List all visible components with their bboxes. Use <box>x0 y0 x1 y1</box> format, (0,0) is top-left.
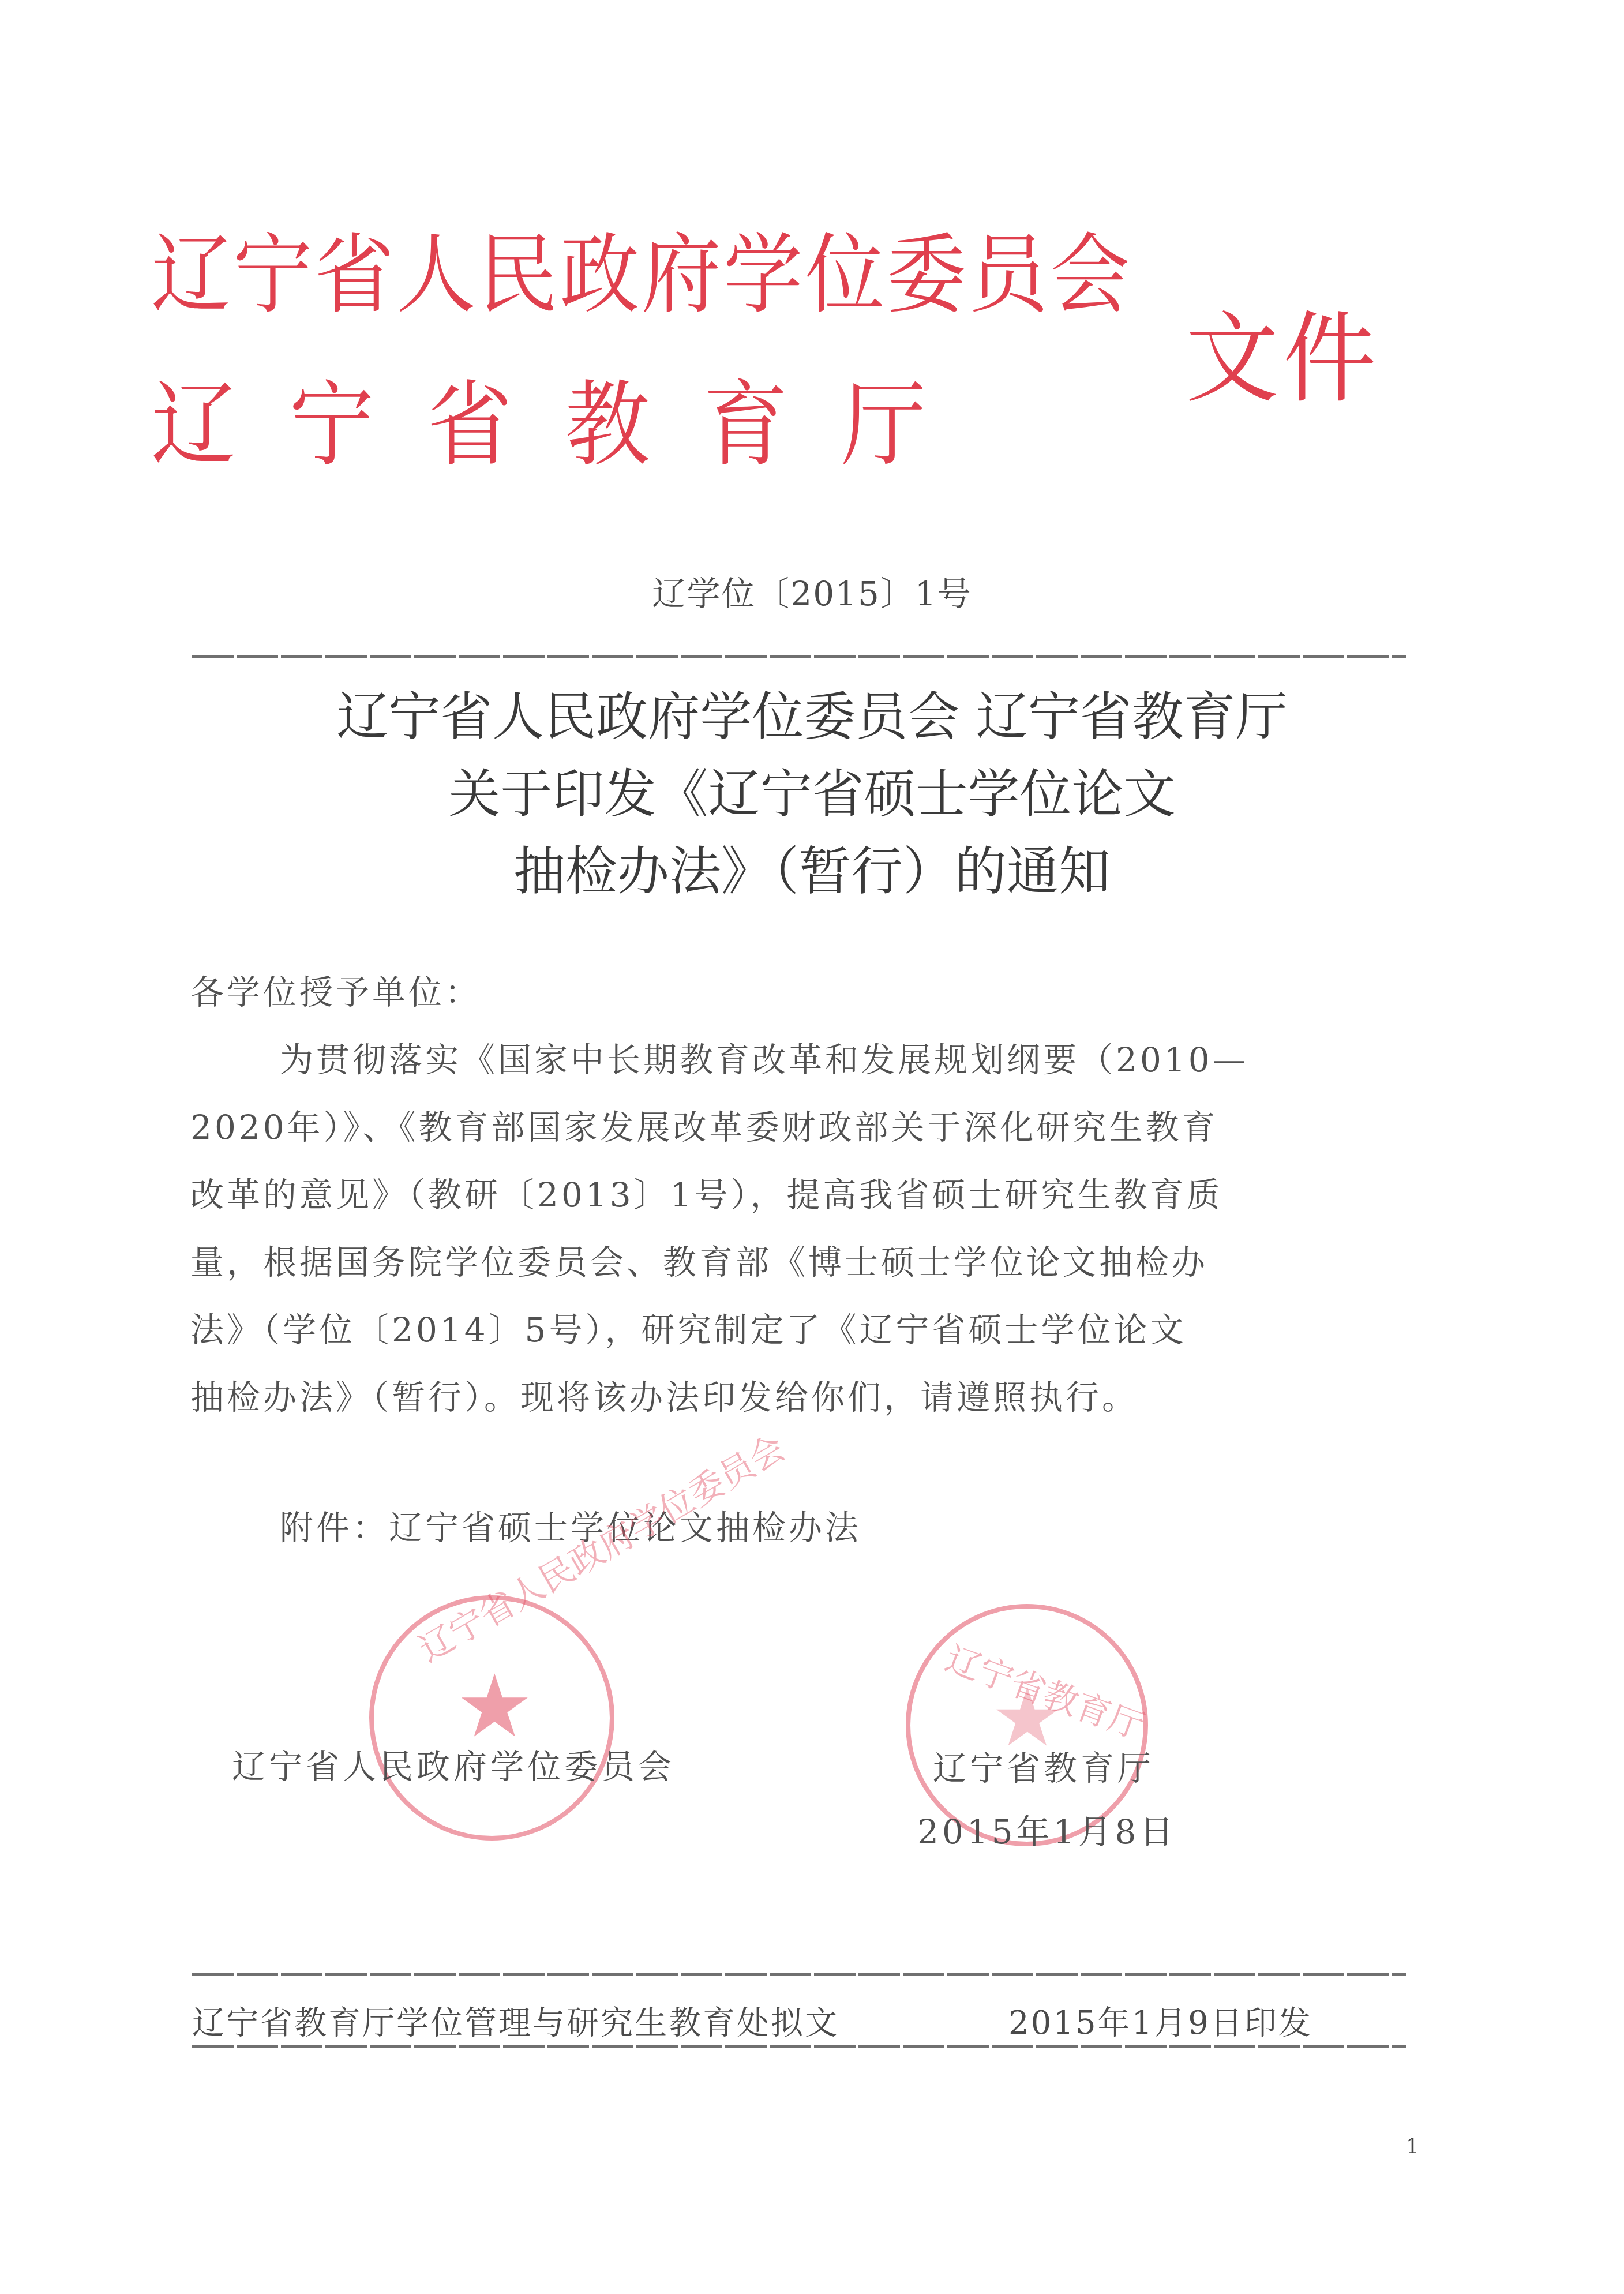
masthead-line-1: 辽宁省人民政府学位委员会 <box>151 205 1132 329</box>
title-line-2: 关于印发《辽宁省硕士学位论文 <box>0 760 1624 829</box>
salutation: 各学位授予单位： <box>190 959 1408 1026</box>
footer-drafter: 辽宁省教育厅学位管理与研究生教育处拟文 <box>192 1997 839 2044</box>
footer-divider-bottom <box>192 2045 1406 2048</box>
footer-print-date: 2015年1月9日印发 <box>1008 1997 1312 2044</box>
signature-right: 辽宁省教育厅 <box>933 1741 1154 1790</box>
attachment-note: 附件：辽宁省硕士学位论文抽检办法 <box>190 1494 1497 1562</box>
body-line: 改革的意见》（教研〔2013〕1号），提高我省硕士研究生教育质 <box>190 1161 1408 1229</box>
header-divider <box>192 655 1406 658</box>
body-line: 为贯彻落实《国家中长期教育改革和发展规划纲要（2010— <box>190 1026 1408 1094</box>
masthead-line-2: 辽宁省教育厅 <box>151 351 979 483</box>
document-number: 辽学位〔2015〕1号 <box>0 567 1624 615</box>
body-line: 量，根据国务院学位委员会、教育部《博士硕士学位论文抽检办 <box>190 1229 1408 1296</box>
title-line-1: 辽宁省人民政府学位委员会 辽宁省教育厅 <box>0 683 1624 752</box>
body-line: 2020年）》、《教育部国家发展改革委财政部关于深化研究生教育 <box>190 1094 1408 1161</box>
document-body: 各学位授予单位： 为贯彻落实《国家中长期教育改革和发展规划纲要（2010— 20… <box>190 959 1408 1431</box>
title-line-3: 抽检办法》（暂行）的通知 <box>0 837 1624 906</box>
masthead-suffix: 文件 <box>1186 280 1381 421</box>
body-line: 法》（学位〔2014〕5号），研究制定了《辽宁省硕士学位论文 <box>190 1296 1408 1364</box>
seal-left: ★ 辽宁省人民政府学位委员会 <box>369 1595 614 1841</box>
star-icon: ★ <box>456 1663 533 1750</box>
attachment-label: 附件：辽宁省硕士学位论文抽检办法 <box>280 1494 1497 1562</box>
footer-divider-top <box>192 1973 1406 1976</box>
page-number: 1 <box>1406 2135 1419 2158</box>
signature-date: 2015年1月8日 <box>917 1805 1176 1853</box>
body-line: 抽检办法》（暂行）。现将该办法印发给你们，请遵照执行。 <box>190 1364 1408 1431</box>
signature-left: 辽宁省人民政府学位委员会 <box>232 1740 675 1788</box>
